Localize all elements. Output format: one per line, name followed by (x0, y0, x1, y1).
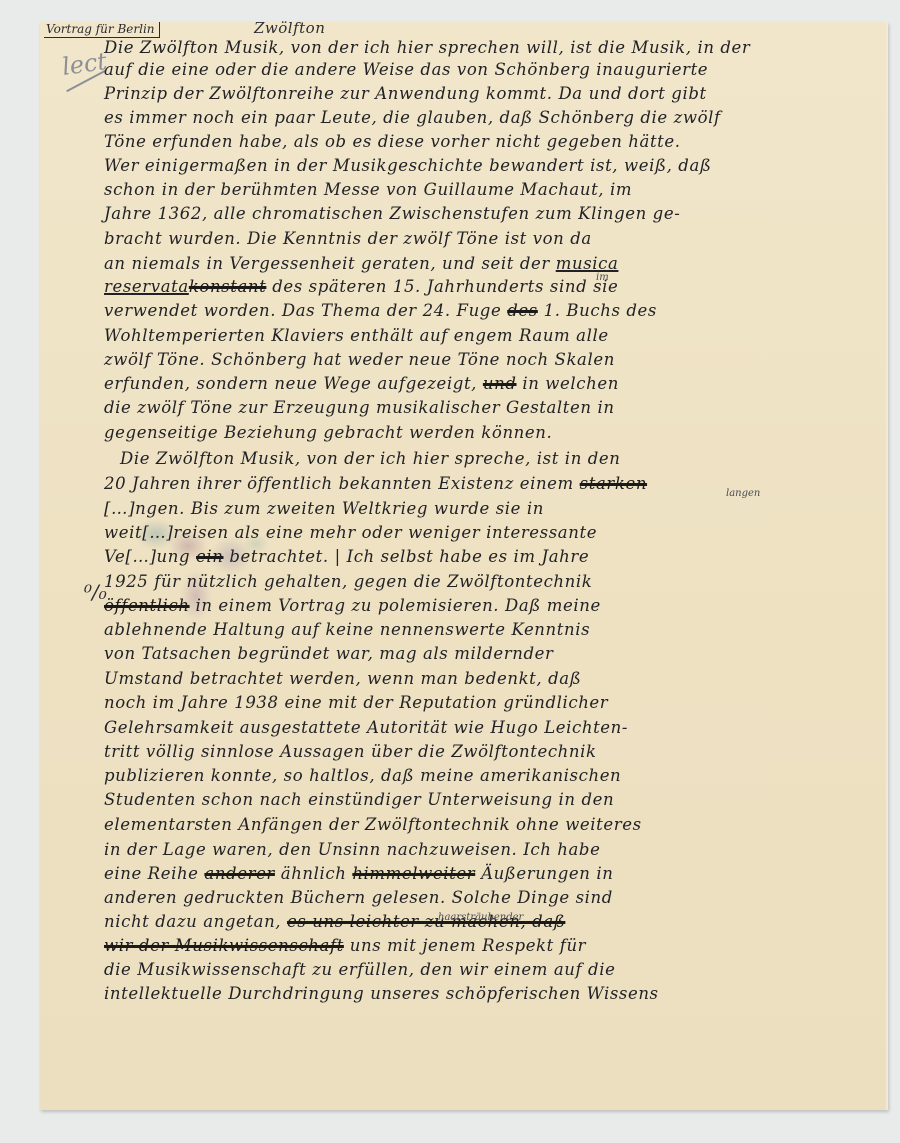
line-text: Prinzip der Zwölftonreihe zur Anwendung … (104, 84, 707, 103)
struck-text: anderer (204, 864, 275, 883)
struck-text: öffentlich (104, 596, 190, 615)
manuscript-line: ablehnende Haltung auf keine nennenswert… (104, 620, 590, 639)
manuscript-line: gegenseitige Beziehung gebracht werden k… (104, 423, 552, 442)
line-text: noch im Jahre 1938 eine mit der Reputati… (104, 693, 608, 712)
line-text: 1. Buchs des (538, 301, 657, 320)
line-text: die Musikwissenschaft zu erfüllen, den w… (104, 960, 615, 979)
struck-text: des (507, 301, 538, 320)
line-text: von Tatsachen begründet war, mag als mil… (104, 644, 553, 663)
manuscript-text: Die Zwölfton Musik, von der ich hier spr… (40, 22, 886, 1110)
manuscript-line: eine Reihe anderer ähnlich himmelweiter … (104, 864, 613, 883)
line-text: gegenseitige Beziehung gebracht werden k… (104, 423, 552, 442)
line-text: Gelehrsamkeit ausgestattete Autorität wi… (104, 718, 628, 737)
line-text: uns mit jenem Respekt für (344, 936, 586, 955)
line-text: weit[…]reisen als eine mehr oder weniger… (104, 523, 597, 542)
manuscript-line: tritt völlig sinnlose Aussagen über die … (104, 742, 597, 761)
manuscript-line: wir der Musikwissenschaft uns mit jenem … (104, 936, 586, 955)
line-text: Töne erfunden habe, als ob es diese vorh… (104, 132, 681, 151)
manuscript-line: 1925 für nützlich gehalten, gegen die Zw… (104, 572, 592, 591)
line-text: Jahre 1362, alle chromatischen Zwischens… (104, 204, 680, 223)
manuscript-line: 20 Jahren ihrer öffentlich bekannten Exi… (104, 474, 647, 493)
line-text: verwendet worden. Das Thema der 24. Fuge (104, 301, 507, 320)
line-text: ablehnende Haltung auf keine nennenswert… (104, 620, 590, 639)
manuscript-line: reservatakonstant des späteren 15. Jahrh… (104, 277, 618, 296)
manuscript-line: auf die eine oder die andere Weise das v… (104, 60, 708, 79)
struck-text: himmelweiter (352, 864, 475, 883)
line-text: in der Lage waren, den Unsinn nachzuweis… (104, 840, 600, 859)
manuscript-line: elementarsten Anfängen der Zwölftontechn… (104, 815, 642, 834)
line-text: in welchen (517, 374, 619, 393)
line-text: Wer einigermaßen in der Musikgeschichte … (104, 156, 712, 175)
line-text: eine Reihe (104, 864, 204, 883)
manuscript-line: anderen gedruckten Büchern gelesen. Solc… (104, 888, 613, 907)
manuscript-line: Umstand betrachtet werden, wenn man bede… (104, 669, 581, 688)
underlined-text: musica (556, 254, 619, 273)
manuscript-line: in der Lage waren, den Unsinn nachzuweis… (104, 840, 600, 859)
manuscript-line: Wohltemperierten Klaviers enthält auf en… (104, 326, 609, 345)
line-text: […]ngen. Bis zum zweiten Weltkrieg wurde… (104, 499, 544, 518)
manuscript-line: […]ngen. Bis zum zweiten Weltkrieg wurde… (104, 499, 544, 518)
struck-text: konstant (189, 277, 267, 296)
manuscript-line: Die Zwölfton Musik, von der ich hier spr… (104, 38, 750, 57)
manuscript-line: die zwölf Töne zur Erzeugung musikalisch… (104, 398, 615, 417)
line-text: Wohltemperierten Klaviers enthält auf en… (104, 326, 609, 345)
insertion-note: haarsträubender (438, 912, 523, 923)
manuscript-line: Jahre 1362, alle chromatischen Zwischens… (104, 204, 680, 223)
line-text: Die Zwölfton Musik, von der ich hier spr… (120, 449, 621, 468)
line-text: elementarsten Anfängen der Zwölftontechn… (104, 815, 642, 834)
manuscript-line: Die Zwölfton Musik, von der ich hier spr… (120, 449, 621, 468)
manuscript-line: schon in der berühmten Messe von Guillau… (104, 180, 632, 199)
line-text: Ve[…]ung (104, 547, 196, 566)
line-text: Studenten schon nach einstündiger Unterw… (104, 790, 614, 809)
manuscript-line: Wer einigermaßen in der Musikgeschichte … (104, 156, 712, 175)
manuscript-line: Ve[…]ung ein betrachtet. | Ich selbst ha… (104, 547, 589, 566)
line-text: in einem Vortrag zu polemisieren. Daß me… (190, 596, 601, 615)
line-text: 1925 für nützlich gehalten, gegen die Zw… (104, 572, 592, 591)
line-text: auf die eine oder die andere Weise das v… (104, 60, 708, 79)
manuscript-line: an niemals in Vergessenheit geraten, und… (104, 254, 618, 273)
line-text: erfunden, sondern neue Wege aufgezeigt, (104, 374, 483, 393)
manuscript-line: intellektuelle Durchdringung unseres sch… (104, 984, 659, 1003)
line-text: an niemals in Vergessenheit geraten, und… (104, 254, 556, 273)
line-text: zwölf Töne. Schönberg hat weder neue Tön… (104, 350, 615, 369)
manuscript-line: erfunden, sondern neue Wege aufgezeigt, … (104, 374, 619, 393)
insertion-note: langen (726, 488, 760, 499)
manuscript-line: zwölf Töne. Schönberg hat weder neue Tön… (104, 350, 615, 369)
line-text: des späteren 15. Jahrhunderts sind sie (266, 277, 618, 296)
struck-text: und (483, 374, 517, 393)
line-text: Die Zwölfton Musik, von der ich hier spr… (104, 38, 750, 57)
manuscript-line: Töne erfunden habe, als ob es diese vorh… (104, 132, 681, 151)
manuscript-line: die Musikwissenschaft zu erfüllen, den w… (104, 960, 615, 979)
line-text: ähnlich (275, 864, 352, 883)
struck-text: es uns leichter zu machen, daß (287, 912, 565, 931)
manuscript-line: weit[…]reisen als eine mehr oder weniger… (104, 523, 597, 542)
struck-text: starken (580, 474, 647, 493)
struck-text: ein (196, 547, 223, 566)
line-text: tritt völlig sinnlose Aussagen über die … (104, 742, 597, 761)
line-text: die zwölf Töne zur Erzeugung musikalisch… (104, 398, 615, 417)
manuscript-line: Gelehrsamkeit ausgestattete Autorität wi… (104, 718, 628, 737)
insertion-note: im (596, 272, 609, 283)
line-text: betrachtet. | Ich selbst habe es im Jahr… (223, 547, 589, 566)
line-text: Äußerungen in (475, 864, 613, 883)
line-text: schon in der berühmten Messe von Guillau… (104, 180, 632, 199)
manuscript-line: publizieren konnte, so haltlos, daß mein… (104, 766, 621, 785)
manuscript-line: bracht wurden. Die Kenntnis der zwölf Tö… (104, 229, 592, 248)
manuscript-line: öffentlich in einem Vortrag zu polemisie… (104, 596, 601, 615)
manuscript-line: es immer noch ein paar Leute, die glaube… (104, 108, 721, 127)
line-text: nicht dazu angetan, (104, 912, 287, 931)
line-text: es immer noch ein paar Leute, die glaube… (104, 108, 721, 127)
line-text: intellektuelle Durchdringung unseres sch… (104, 984, 659, 1003)
line-text: 20 Jahren ihrer öffentlich bekannten Exi… (104, 474, 580, 493)
line-text: publizieren konnte, so haltlos, daß mein… (104, 766, 621, 785)
line-text: anderen gedruckten Büchern gelesen. Solc… (104, 888, 613, 907)
line-text: Umstand betrachtet werden, wenn man bede… (104, 669, 581, 688)
struck-text: wir der Musikwissenschaft (104, 936, 344, 955)
manuscript-line: von Tatsachen begründet war, mag als mil… (104, 644, 553, 663)
manuscript-line: Prinzip der Zwölftonreihe zur Anwendung … (104, 84, 707, 103)
line-text: bracht wurden. Die Kenntnis der zwölf Tö… (104, 229, 592, 248)
manuscript-line: Studenten schon nach einstündiger Unterw… (104, 790, 614, 809)
manuscript-line: noch im Jahre 1938 eine mit der Reputati… (104, 693, 608, 712)
manuscript-page: Vortrag für Berlin Zwölfton lect ⁰/₀ Die… (40, 22, 888, 1110)
manuscript-line: verwendet worden. Das Thema der 24. Fuge… (104, 301, 657, 320)
underlined-text: reservata (104, 277, 189, 296)
